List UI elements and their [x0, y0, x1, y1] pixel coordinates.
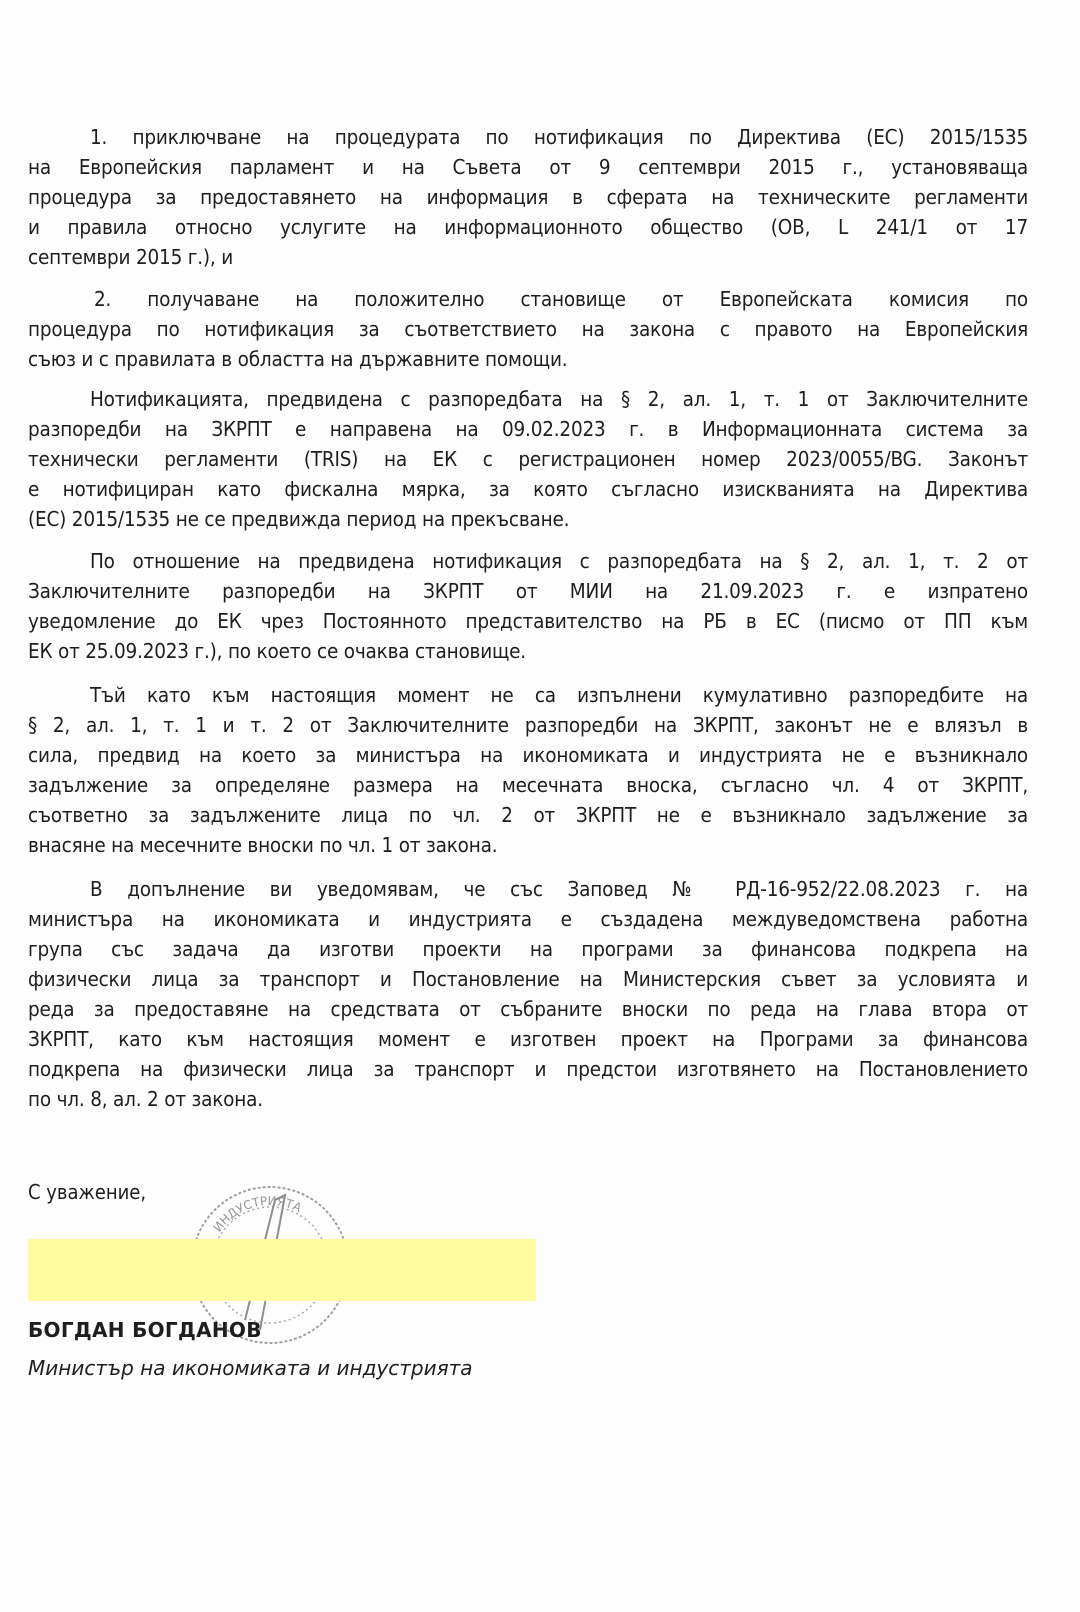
body-text-line: реда за предоставяне на средствата от съ… [28, 994, 1028, 1024]
body-text-line: В допълнение ви уведомявам, че със Запов… [90, 874, 1028, 904]
body-text-line: уведомление до ЕК чрез Постоянното предс… [28, 606, 1028, 636]
body-text-line: Нотификацията, предвидена с разпоредбата… [90, 384, 1028, 414]
body-text-line: сила, предвид на което за министъра на и… [28, 740, 1028, 770]
body-text-line: технически регламенти (TRIS) на ЕК с рег… [28, 444, 1028, 474]
body-text-line: процедура по нотификация за съответствие… [28, 314, 1028, 344]
signatory-role: Министър на икономиката и индустрията [28, 1356, 473, 1380]
body-text-line: задължение за определяне размера на месе… [28, 770, 1028, 800]
document-page: 1. приключване на процедурата по нотифик… [0, 0, 1080, 1612]
body-text-line: разпоредби на ЗКРПТ е направена на 09.02… [28, 414, 1028, 444]
body-text-line: съответно за задължените лица по чл. 2 о… [28, 800, 1028, 830]
body-text-line: септември 2015 г.), и [28, 242, 1028, 272]
body-text-line: физически лица за транспорт и Постановле… [28, 964, 1028, 994]
body-text-line: § 2, ал. 1, т. 1 и т. 2 от Заключителнит… [28, 710, 1028, 740]
body-text-line: внасяне на месечните вноски по чл. 1 от … [28, 830, 1028, 860]
body-text-line: група със задача да изготви проекти на п… [28, 934, 1028, 964]
body-text-line: е нотифициран като фискална мярка, за ко… [28, 474, 1028, 504]
closing-salutation: С уважение, [28, 1180, 146, 1204]
body-text-line: и правила относно услугите на информацио… [28, 212, 1028, 242]
body-text-line: ЗКРПТ, като към настоящия момент е изгот… [28, 1024, 1028, 1054]
body-text-line: подкрепа на физически лица за транспорт … [28, 1054, 1028, 1084]
body-text-line: по чл. 8, ал. 2 от закона. [28, 1084, 1028, 1114]
body-text-line: (ЕС) 2015/1535 не се предвижда период на… [28, 504, 1028, 534]
body-text-line: 2. получаване на положително становище о… [94, 284, 1028, 314]
body-text-line: Тъй като към настоящия момент не са изпъ… [90, 680, 1028, 710]
body-text-line: ЕК от 25.09.2023 г.), по което се очаква… [28, 636, 1028, 666]
body-text-line: процедура за предоставянето на информаци… [28, 182, 1028, 212]
svg-text:ИНДУСТРИЯТА: ИНДУСТРИЯТА [210, 1194, 304, 1235]
redaction-block [28, 1239, 536, 1301]
body-text-line: По отношение на предвидена нотификация с… [90, 546, 1028, 576]
signatory-name: БОГДАН БОГДАНОВ [28, 1318, 262, 1342]
body-text-line: съюз и с правилата в областта на държавн… [28, 344, 1028, 374]
body-text-line: Заключителните разпоредби на ЗКРПТ от МИ… [28, 576, 1028, 606]
body-text-line: на Европейския парламент и на Съвета от … [28, 152, 1028, 182]
body-text-line: 1. приключване на процедурата по нотифик… [90, 122, 1028, 152]
body-text-line: министъра на икономиката и индустрията е… [28, 904, 1028, 934]
